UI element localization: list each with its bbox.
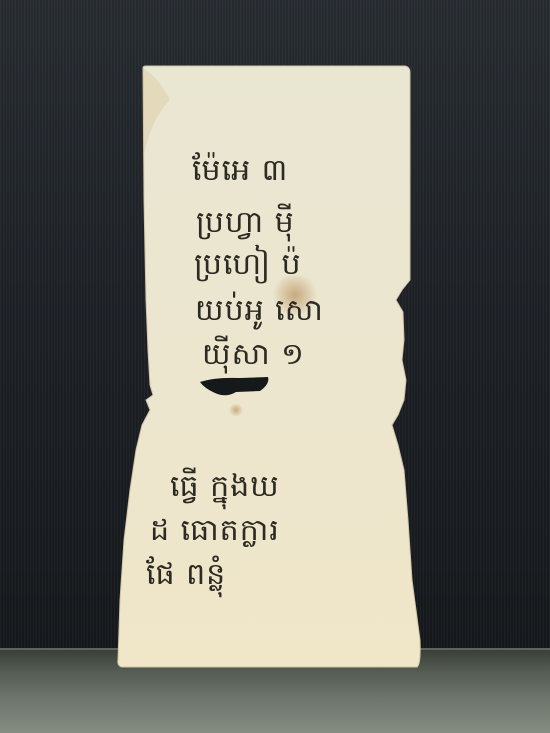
- text-line: ម៉ែអេ ៣: [192, 154, 288, 188]
- text-line: ធ្វើ ក្នុងឃ: [170, 470, 280, 504]
- text-line: ប្រហ្វា ម៉ី: [196, 206, 295, 240]
- text-line: ប្រហៀ ប៉: [194, 248, 302, 282]
- text-line: យប់អូ សោ: [195, 294, 324, 328]
- text-line: ផែ ពន្ល៉ំ: [146, 558, 226, 592]
- text-line: ដ ធោតក្លារ: [150, 514, 280, 548]
- text-line: យ៉ីសា ១: [202, 338, 305, 372]
- foxing-stain: [228, 404, 244, 416]
